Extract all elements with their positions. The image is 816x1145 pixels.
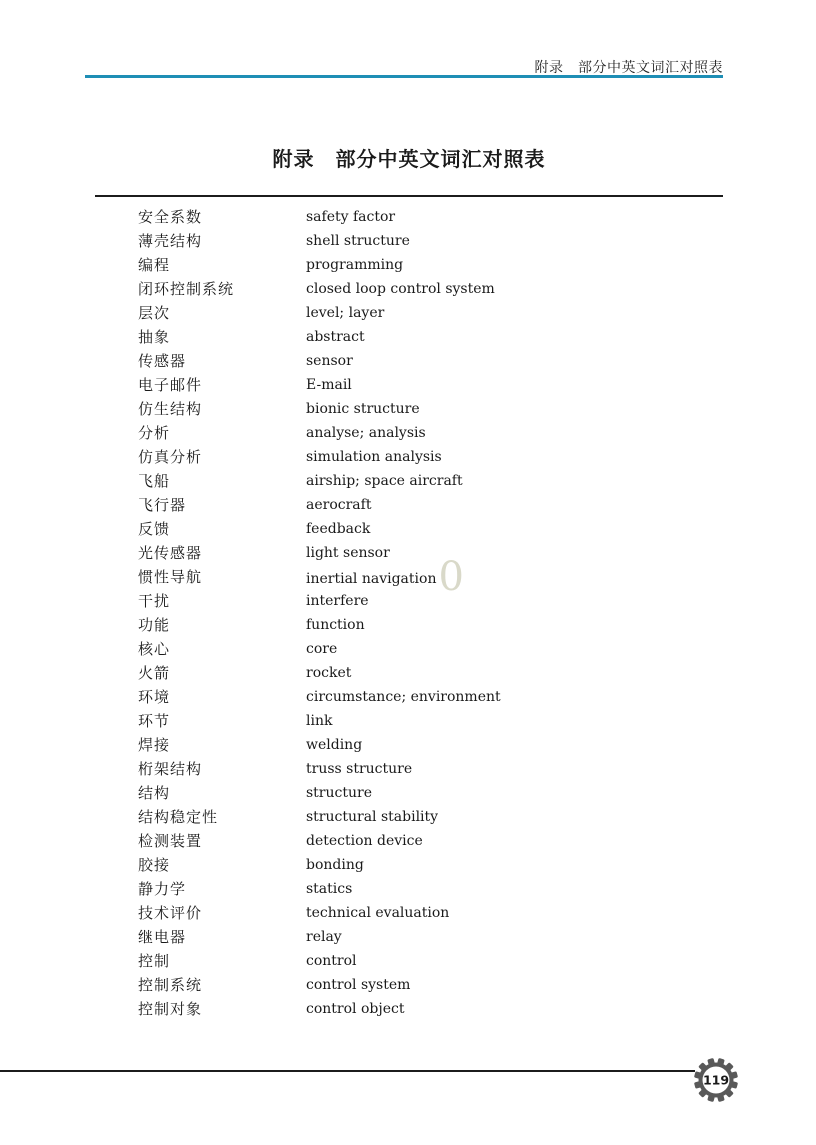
term-zh: 分析	[138, 421, 170, 445]
header-rule	[85, 75, 723, 78]
footer-rule	[0, 1070, 695, 1072]
term-en: shell structure	[306, 229, 410, 253]
term-zh: 传感器	[138, 349, 186, 373]
term-zh: 惯性导航	[138, 565, 202, 589]
glossary-row: 薄壳结构shell structure	[0, 229, 816, 253]
glossary-row: 飞船airship; space aircraft	[0, 469, 816, 493]
term-zh: 结构	[138, 781, 170, 805]
glossary-row: 结构稳定性structural stability	[0, 805, 816, 829]
glossary-row: 反馈feedback	[0, 517, 816, 541]
term-zh: 飞船	[138, 469, 170, 493]
term-en: truss structure	[306, 757, 412, 781]
glossary-row: 胶接bonding	[0, 853, 816, 877]
term-en: airship; space aircraft	[306, 469, 463, 493]
term-zh: 技术评价	[138, 901, 202, 925]
glossary-row: 电子邮件E-mail	[0, 373, 816, 397]
glossary-row: 静力学statics	[0, 877, 816, 901]
term-zh: 飞行器	[138, 493, 186, 517]
glossary-row: 闭环控制系统closed loop control system	[0, 277, 816, 301]
glossary-row: 控制control	[0, 949, 816, 973]
term-en: core	[306, 637, 337, 661]
term-en: bonding	[306, 853, 364, 877]
glossary-row: 火箭rocket	[0, 661, 816, 685]
term-zh: 胶接	[138, 853, 170, 877]
term-en: relay	[306, 925, 342, 949]
term-en: bionic structure	[306, 397, 420, 421]
term-zh: 薄壳结构	[138, 229, 202, 253]
term-zh: 电子邮件	[138, 373, 202, 397]
glossary-row: 仿真分析simulation analysis	[0, 445, 816, 469]
glossary-row: 干扰interfere	[0, 589, 816, 613]
glossary-row: 结构structure	[0, 781, 816, 805]
term-zh: 光传感器	[138, 541, 202, 565]
term-en: structural stability	[306, 805, 438, 829]
glossary-row: 抽象abstract	[0, 325, 816, 349]
term-zh: 环节	[138, 709, 170, 733]
term-en: detection device	[306, 829, 423, 853]
term-en: inertial navigation0	[306, 565, 464, 591]
term-zh: 静力学	[138, 877, 186, 901]
term-en: simulation analysis	[306, 445, 442, 469]
glossary-row: 层次level; layer	[0, 301, 816, 325]
term-en: level; layer	[306, 301, 384, 325]
term-en: control system	[306, 973, 410, 997]
term-en: structure	[306, 781, 372, 805]
term-en: sensor	[306, 349, 353, 373]
glossary-row: 光传感器light sensor	[0, 541, 816, 565]
term-zh: 桁架结构	[138, 757, 202, 781]
glossary-row: 传感器sensor	[0, 349, 816, 373]
term-en: feedback	[306, 517, 370, 541]
glossary-row: 桁架结构truss structure	[0, 757, 816, 781]
glossary-row: 编程programming	[0, 253, 816, 277]
glossary-row: 惯性导航inertial navigation0	[0, 565, 816, 589]
glossary-row: 控制对象control object	[0, 997, 816, 1021]
term-en: welding	[306, 733, 362, 757]
term-zh: 火箭	[138, 661, 170, 685]
title-rule	[95, 195, 723, 197]
glossary-row: 继电器relay	[0, 925, 816, 949]
gear-icon: 119	[694, 1058, 738, 1102]
term-en: interfere	[306, 589, 369, 613]
term-zh: 抽象	[138, 325, 170, 349]
term-zh: 焊接	[138, 733, 170, 757]
glossary-list: 安全系数safety factor薄壳结构shell structure编程pr…	[0, 205, 816, 1021]
glossary-row: 环境circumstance; environment	[0, 685, 816, 709]
page-number: 119	[703, 1073, 729, 1088]
glossary-row: 飞行器aerocraft	[0, 493, 816, 517]
term-zh: 控制	[138, 949, 170, 973]
term-zh: 环境	[138, 685, 170, 709]
term-zh: 反馈	[138, 517, 170, 541]
term-en: E-mail	[306, 373, 352, 397]
term-en: light sensor	[306, 541, 390, 565]
glossary-row: 控制系统control system	[0, 973, 816, 997]
term-zh: 闭环控制系统	[138, 277, 234, 301]
term-en: function	[306, 613, 365, 637]
term-zh: 结构稳定性	[138, 805, 218, 829]
term-en: closed loop control system	[306, 277, 495, 301]
term-zh: 编程	[138, 253, 170, 277]
term-zh: 核心	[138, 637, 170, 661]
term-en: aerocraft	[306, 493, 371, 517]
document-page: 附录 部分中英文词汇对照表 附录 部分中英文词汇对照表 安全系数safety f…	[0, 0, 816, 1145]
term-en: programming	[306, 253, 403, 277]
term-zh: 安全系数	[138, 205, 202, 229]
term-zh: 检测装置	[138, 829, 202, 853]
term-zh: 控制对象	[138, 997, 202, 1021]
term-en: circumstance; environment	[306, 685, 501, 709]
glossary-row: 技术评价technical evaluation	[0, 901, 816, 925]
glossary-row: 安全系数safety factor	[0, 205, 816, 229]
term-en: control object	[306, 997, 404, 1021]
term-en: technical evaluation	[306, 901, 449, 925]
glossary-row: 仿生结构bionic structure	[0, 397, 816, 421]
term-en: rocket	[306, 661, 351, 685]
term-zh: 仿生结构	[138, 397, 202, 421]
glossary-row: 环节link	[0, 709, 816, 733]
page-title: 附录 部分中英文词汇对照表	[95, 143, 723, 172]
glossary-row: 核心core	[0, 637, 816, 661]
term-en: statics	[306, 877, 352, 901]
term-en: control	[306, 949, 357, 973]
term-en: link	[306, 709, 332, 733]
term-zh: 干扰	[138, 589, 170, 613]
term-en: analyse; analysis	[306, 421, 426, 445]
page-number-badge: 119	[694, 1058, 738, 1102]
running-header: 附录 部分中英文词汇对照表	[535, 57, 724, 77]
term-zh: 层次	[138, 301, 170, 325]
term-en: safety factor	[306, 205, 395, 229]
term-zh: 继电器	[138, 925, 186, 949]
term-zh: 控制系统	[138, 973, 202, 997]
glossary-row: 检测装置detection device	[0, 829, 816, 853]
term-zh: 功能	[138, 613, 170, 637]
glossary-row: 分析analyse; analysis	[0, 421, 816, 445]
scan-artifact-zero: 0	[438, 565, 463, 589]
glossary-row: 功能function	[0, 613, 816, 637]
glossary-row: 焊接welding	[0, 733, 816, 757]
term-zh: 仿真分析	[138, 445, 202, 469]
term-en: abstract	[306, 325, 365, 349]
